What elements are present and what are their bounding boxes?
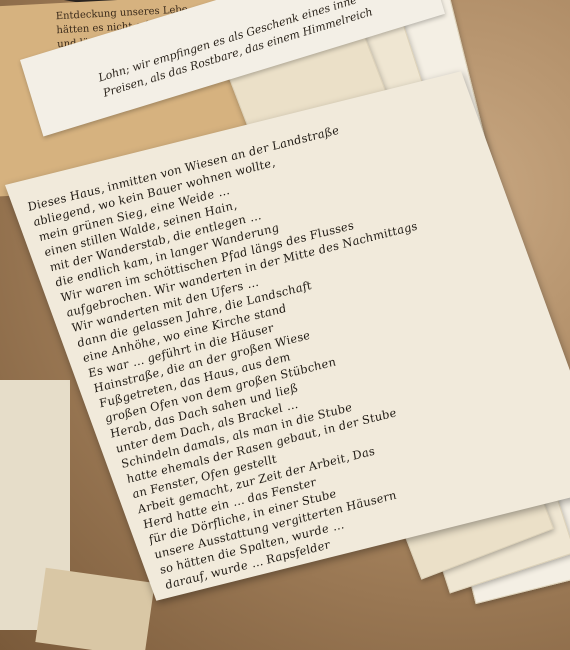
folded-page-corner [35,568,154,650]
